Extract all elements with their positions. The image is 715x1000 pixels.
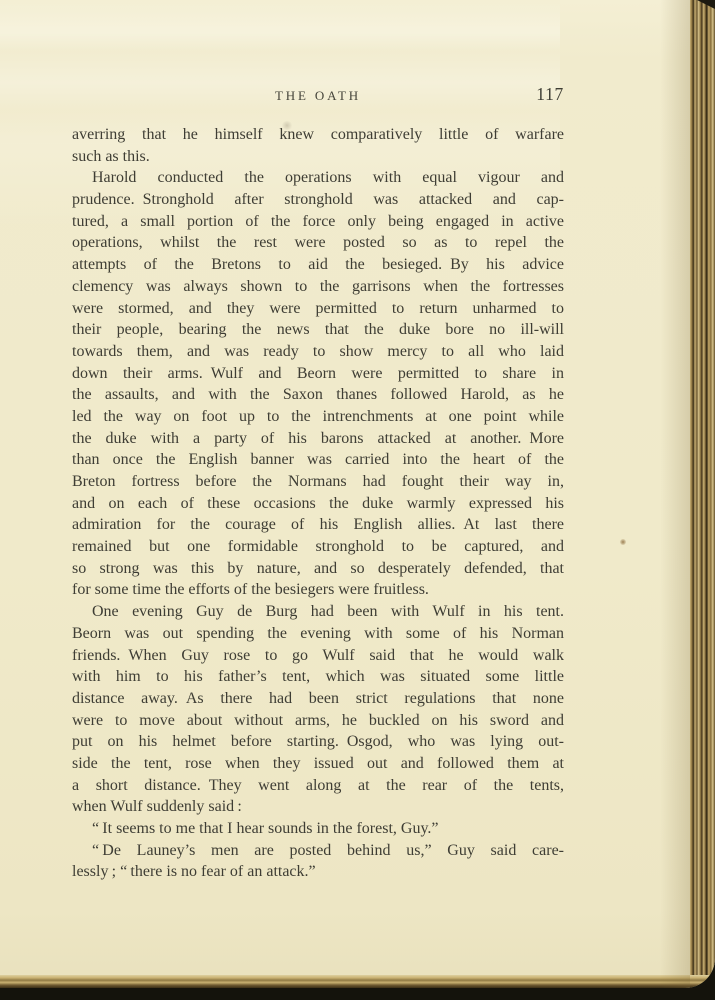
scan-smudge <box>281 121 293 130</box>
chapter-title: THE OATH <box>72 88 564 104</box>
running-head: THE OATH 117 <box>72 88 564 106</box>
text-line: admiration for the courage of his Englis… <box>72 514 564 536</box>
text-line: and on each of these occasions the duke … <box>72 493 564 515</box>
paper-speck <box>620 539 626 545</box>
text-line: the duke with a party of his barons atta… <box>72 428 564 450</box>
text-line: “ De Launey’s men are posted behind us,”… <box>72 840 564 862</box>
text-line: remained but one formidable stronghold t… <box>72 536 564 558</box>
page-number: 117 <box>536 84 564 105</box>
paragraph: “ It seems to me that I hear sounds in t… <box>72 818 564 840</box>
text-line: led the way on foot up to the intrenchme… <box>72 406 564 428</box>
text-line: Beorn was out spending the evening with … <box>72 623 564 645</box>
text-line: towards them, and was ready to show merc… <box>72 341 564 363</box>
book-page: THE OATH 117 averring that he himself kn… <box>0 0 715 988</box>
paragraph: One evening Guy de Burg had been with Wu… <box>72 601 564 818</box>
text-line: Breton fortress before the Normans had f… <box>72 471 564 493</box>
printed-content: THE OATH 117 averring that he himself kn… <box>72 88 564 883</box>
text-line: attempts of the Bretons to aid the besie… <box>72 254 564 276</box>
text-line: “ It seems to me that I hear sounds in t… <box>72 818 564 840</box>
text-line: distance away. As there had been strict … <box>72 688 564 710</box>
text-line: were stormed, and they were permitted to… <box>72 298 564 320</box>
text-line: the assaults, and with the Saxon thanes … <box>72 384 564 406</box>
text-line: Harold conducted the operations with equ… <box>72 167 564 189</box>
text-line: prudence. Stronghold after stronghold wa… <box>72 189 564 211</box>
text-line: for some time the efforts of the besiege… <box>72 579 564 601</box>
text-line: operations, whilst the rest were posted … <box>72 232 564 254</box>
book-scan: THE OATH 117 averring that he himself kn… <box>0 0 715 1000</box>
page-edges-bottom <box>0 975 715 988</box>
text-line: averring that he himself knew comparativ… <box>72 124 564 146</box>
text-line: lessly ; “ there is no fear of an attack… <box>72 861 564 883</box>
paragraph: Harold conducted the operations with equ… <box>72 167 564 601</box>
text-line: than once the English banner was carried… <box>72 449 564 471</box>
text-line: when Wulf suddenly said : <box>72 796 564 818</box>
text-line: with him to his father’s tent, which was… <box>72 666 564 688</box>
paragraph: “ De Launey’s men are posted behind us,”… <box>72 840 564 883</box>
text-line: side the tent, rose when they issued out… <box>72 753 564 775</box>
text-line: their people, bearing the news that the … <box>72 319 564 341</box>
paragraph: averring that he himself knew comparativ… <box>72 124 564 167</box>
text-line: friends. When Guy rose to go Wulf said t… <box>72 645 564 667</box>
text-line: down their arms. Wulf and Beorn were per… <box>72 363 564 385</box>
text-line: a short distance. They went along at the… <box>72 775 564 797</box>
text-line: so strong was this by nature, and so des… <box>72 558 564 580</box>
text-line: tured, a small portion of the force only… <box>72 211 564 233</box>
text-line: put on his helmet before starting. Osgod… <box>72 731 564 753</box>
text-line: clemency was always shown to the garriso… <box>72 276 564 298</box>
text-line: such as this. <box>72 146 564 168</box>
text-line: One evening Guy de Burg had been with Wu… <box>72 601 564 623</box>
text-line: were to move about without arms, he buck… <box>72 710 564 732</box>
page-body: averring that he himself knew comparativ… <box>72 124 564 883</box>
page-edges-right <box>690 0 715 988</box>
